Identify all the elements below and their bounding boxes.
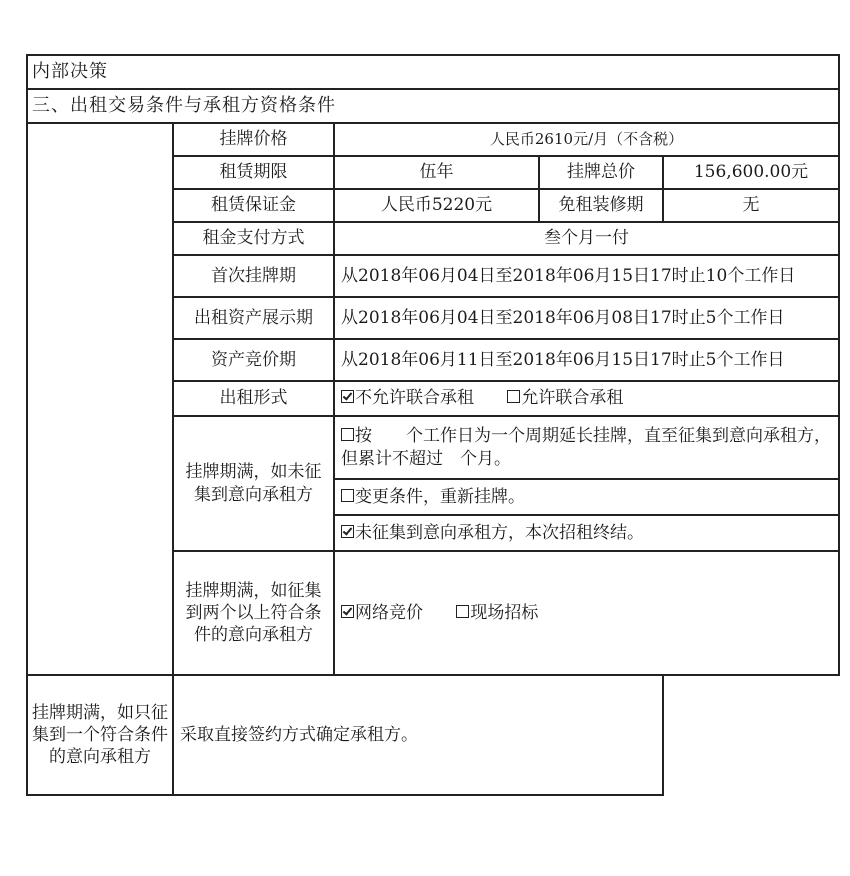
section-header: 内部决策	[27, 55, 839, 89]
checkbox-unchecked-icon[interactable]	[341, 489, 354, 502]
lease-conditions-document: 内部决策 三、出租交易条件与承租方资格条件 挂牌价格 人民币2610元/月（不含…	[26, 54, 838, 796]
lease-form-options: 不允许联合承租 允许联合承租	[334, 381, 839, 416]
payment-method-value: 叁个月一付	[334, 222, 839, 255]
multiple-lessees-label: 挂牌期满，如征集到两个以上符合条件的意向承租方	[173, 551, 334, 675]
total-price-value: 156,600.00元	[663, 156, 839, 189]
bidding-period-value: 从2018年06月11日至2018年06月15日17时止5个工作日	[334, 339, 839, 381]
option-allow-joint-lease[interactable]: 允许联合承租	[507, 387, 623, 410]
payment-method-label: 租金支付方式	[173, 222, 334, 255]
checkbox-unchecked-icon[interactable]	[507, 390, 520, 403]
bidding-period-label: 资产竞价期	[173, 339, 334, 381]
single-lessee-label: 挂牌期满，如只征集到一个符合条件的意向承租方	[27, 675, 173, 795]
multiple-lessees-options: 网络竞价 现场招标	[334, 551, 839, 675]
checkbox-checked-icon[interactable]	[341, 390, 354, 403]
first-listing-period-value: 从2018年06月04日至2018年06月15日17时止10个工作日	[334, 255, 839, 297]
deposit-label: 租赁保证金	[173, 189, 334, 222]
display-period-label: 出租资产展示期	[173, 297, 334, 339]
first-listing-period-label: 首次挂牌期	[173, 255, 334, 297]
no-lessee-option-change-conditions[interactable]: 变更条件，重新挂牌。	[334, 479, 839, 515]
checkbox-checked-icon[interactable]	[341, 605, 354, 618]
listing-price-label: 挂牌价格	[173, 123, 334, 156]
rent-free-period-value: 无	[663, 189, 839, 222]
total-price-label: 挂牌总价	[539, 156, 663, 189]
checkbox-unchecked-icon[interactable]	[456, 605, 469, 618]
lease-term-label: 租赁期限	[173, 156, 334, 189]
no-lessee-option-terminate[interactable]: 未征集到意向承租方，本次招租终结。	[334, 515, 839, 551]
left-blank-column	[27, 123, 173, 675]
section-title: 三、出租交易条件与承租方资格条件	[27, 89, 839, 123]
no-lessee-label: 挂牌期满，如未征集到意向承租方	[173, 416, 334, 551]
lease-form-label: 出租形式	[173, 381, 334, 416]
listing-price-value: 人民币2610元/月（不含税）	[334, 123, 839, 156]
lease-term-value: 伍年	[334, 156, 539, 189]
checkbox-checked-icon[interactable]	[341, 525, 354, 538]
option-no-joint-lease[interactable]: 不允许联合承租	[341, 387, 474, 410]
deposit-value: 人民币5220元	[334, 189, 539, 222]
display-period-value: 从2018年06月04日至2018年06月08日17时止5个工作日	[334, 297, 839, 339]
option-online-bidding[interactable]: 网络竞价	[341, 602, 423, 625]
rent-free-period-label: 免租装修期	[539, 189, 663, 222]
checkbox-unchecked-icon[interactable]	[341, 428, 354, 441]
no-lessee-option-extend[interactable]: 按 个工作日为一个周期延长挂牌，直至征集到意向承租方，但累计不超过 个月。	[334, 416, 839, 479]
lease-conditions-table: 内部决策 三、出租交易条件与承租方资格条件 挂牌价格 人民币2610元/月（不含…	[26, 54, 840, 796]
single-lessee-value: 采取直接签约方式确定承租方。	[173, 675, 663, 795]
option-onsite-tender[interactable]: 现场招标	[456, 602, 538, 625]
